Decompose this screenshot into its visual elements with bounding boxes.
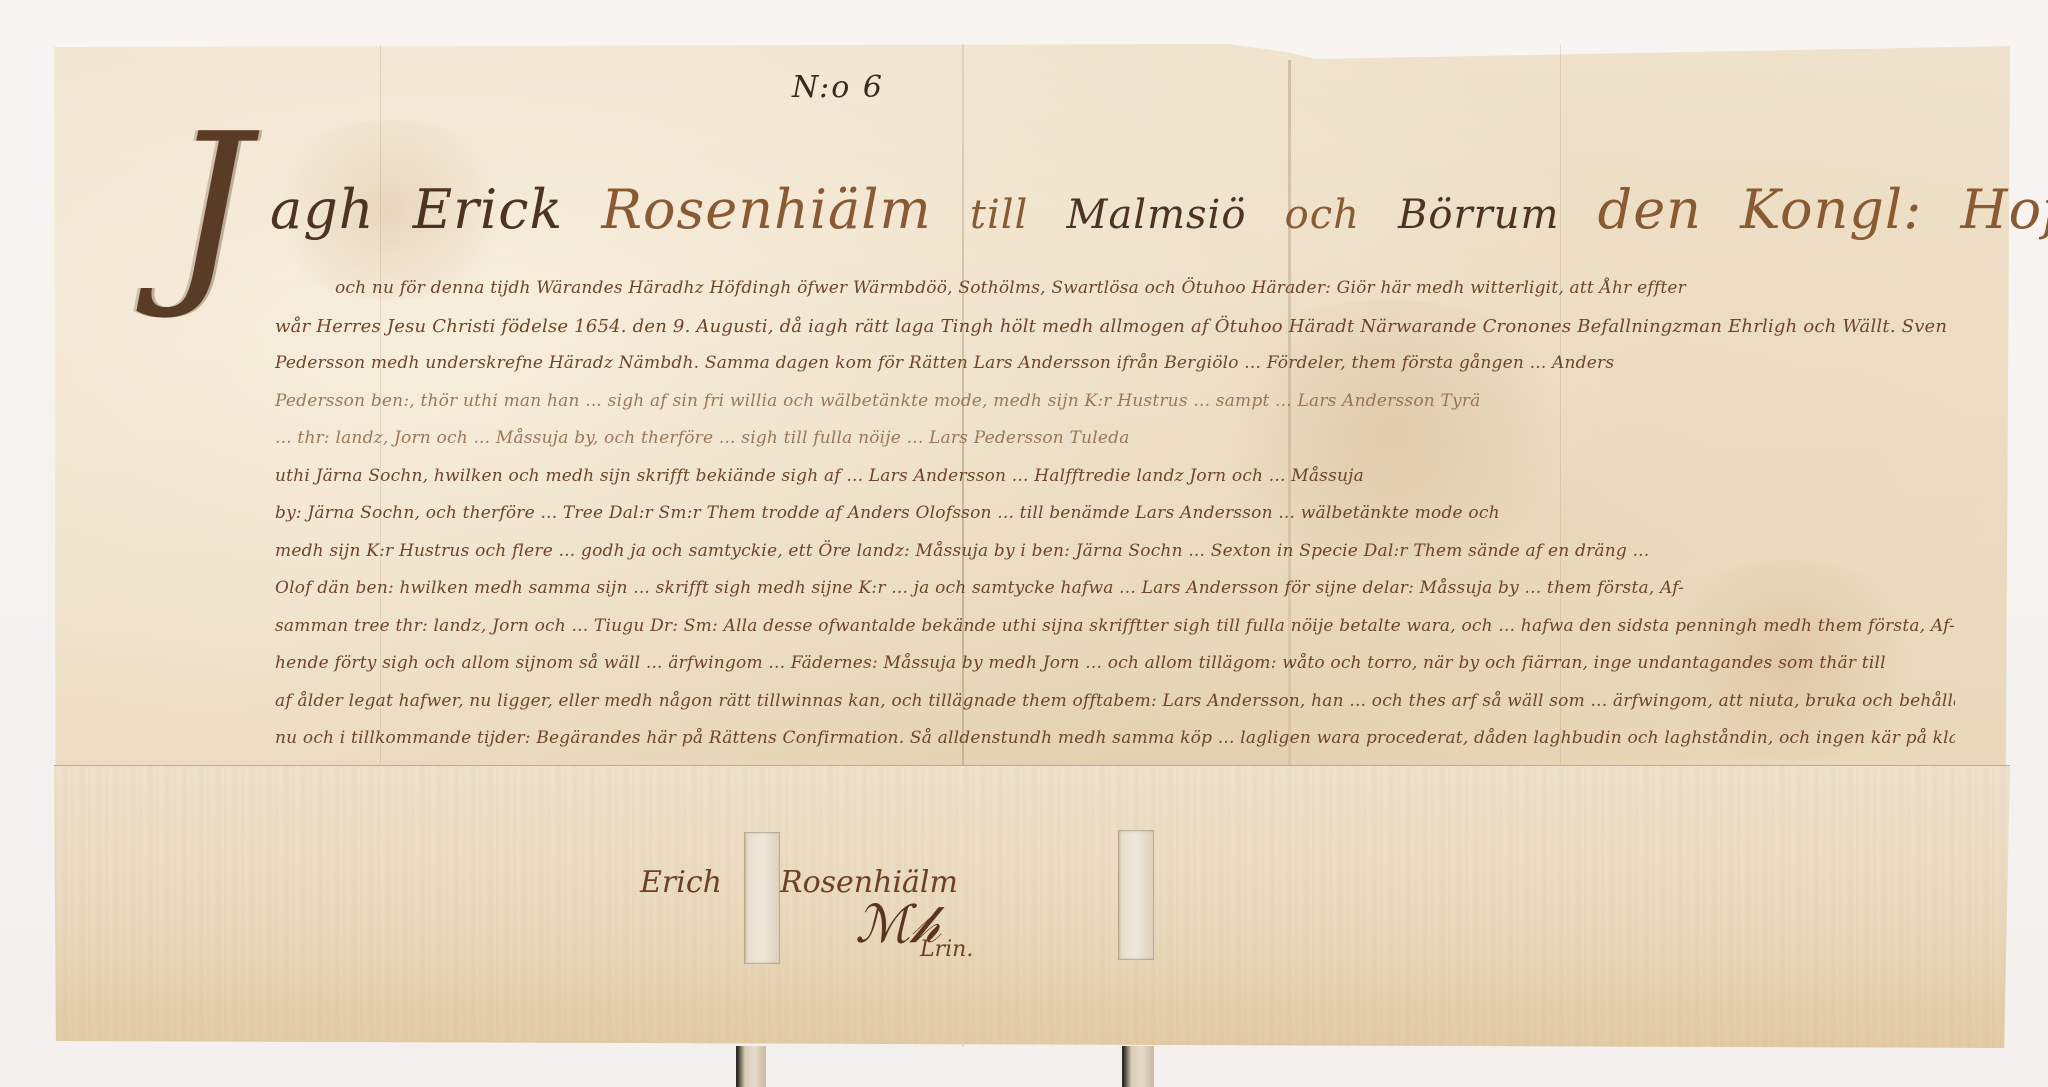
document-scan: N:o 6 J agh Erick Rosenhiälm till Malmsi… — [0, 0, 2048, 1087]
text-line: uthi Järna Sochn, hwilken och medh sijn … — [195, 458, 1955, 496]
headline-word: Hoffrät: — [1961, 178, 2048, 241]
signature-suffix: Lrin. — [920, 937, 973, 962]
text-line: ... thr: landz, Jorn och ... Måssuja by,… — [195, 420, 1955, 458]
text-line: nu och i tillkommande tijder: Begärandes… — [195, 720, 1955, 758]
text-line: Pedersson medh underskrefne Häradz Nämbd… — [195, 345, 1955, 383]
seal-slot-right — [1118, 830, 1154, 960]
headline-word: Erick — [413, 178, 563, 241]
headline-word: till — [970, 192, 1028, 238]
text-line: medh sijn K:r Hustrus och flere ... godh… — [195, 533, 1955, 571]
headline-word: Kongl: — [1740, 178, 1922, 241]
text-line: af ålder legat hafwer, nu ligger, eller … — [195, 683, 1955, 721]
text-line: samman tree thr: landz, Jorn och ... Tiu… — [195, 608, 1955, 646]
headline-word: Börrum — [1398, 192, 1559, 238]
text-line: Pedersson ben:, thör uthi man han ... si… — [195, 383, 1955, 421]
document-number: N:o 6 — [792, 70, 884, 105]
headline-word: Malmsiö — [1067, 192, 1247, 238]
headline-word: Rosenhiälm — [601, 178, 931, 241]
headline-word: och — [1285, 192, 1360, 238]
seal-tag-right — [1122, 1046, 1154, 1087]
text-line: Olof dän ben: hwilken medh samma sijn ..… — [195, 570, 1955, 608]
text-line: hende förty sigh och allom sijnom så wäl… — [195, 645, 1955, 683]
text-line: wår Herres Jesu Christi födelse 1654. de… — [195, 308, 1955, 346]
headline: agh Erick Rosenhiälm till Malmsiö och Bö… — [270, 180, 1970, 239]
text-line: och nu för denna tijdh Wärandes Häradhz … — [195, 270, 1955, 308]
headline-word: den — [1598, 178, 1702, 241]
plica-fold — [54, 765, 2010, 1048]
seal-tag-left — [736, 1046, 766, 1087]
seal-slot-left — [744, 832, 780, 964]
text-line: by: Järna Sochn, och therföre ... Tree D… — [195, 495, 1955, 533]
headline-word: agh — [270, 178, 375, 241]
signature-first-name: Erich — [640, 865, 722, 900]
